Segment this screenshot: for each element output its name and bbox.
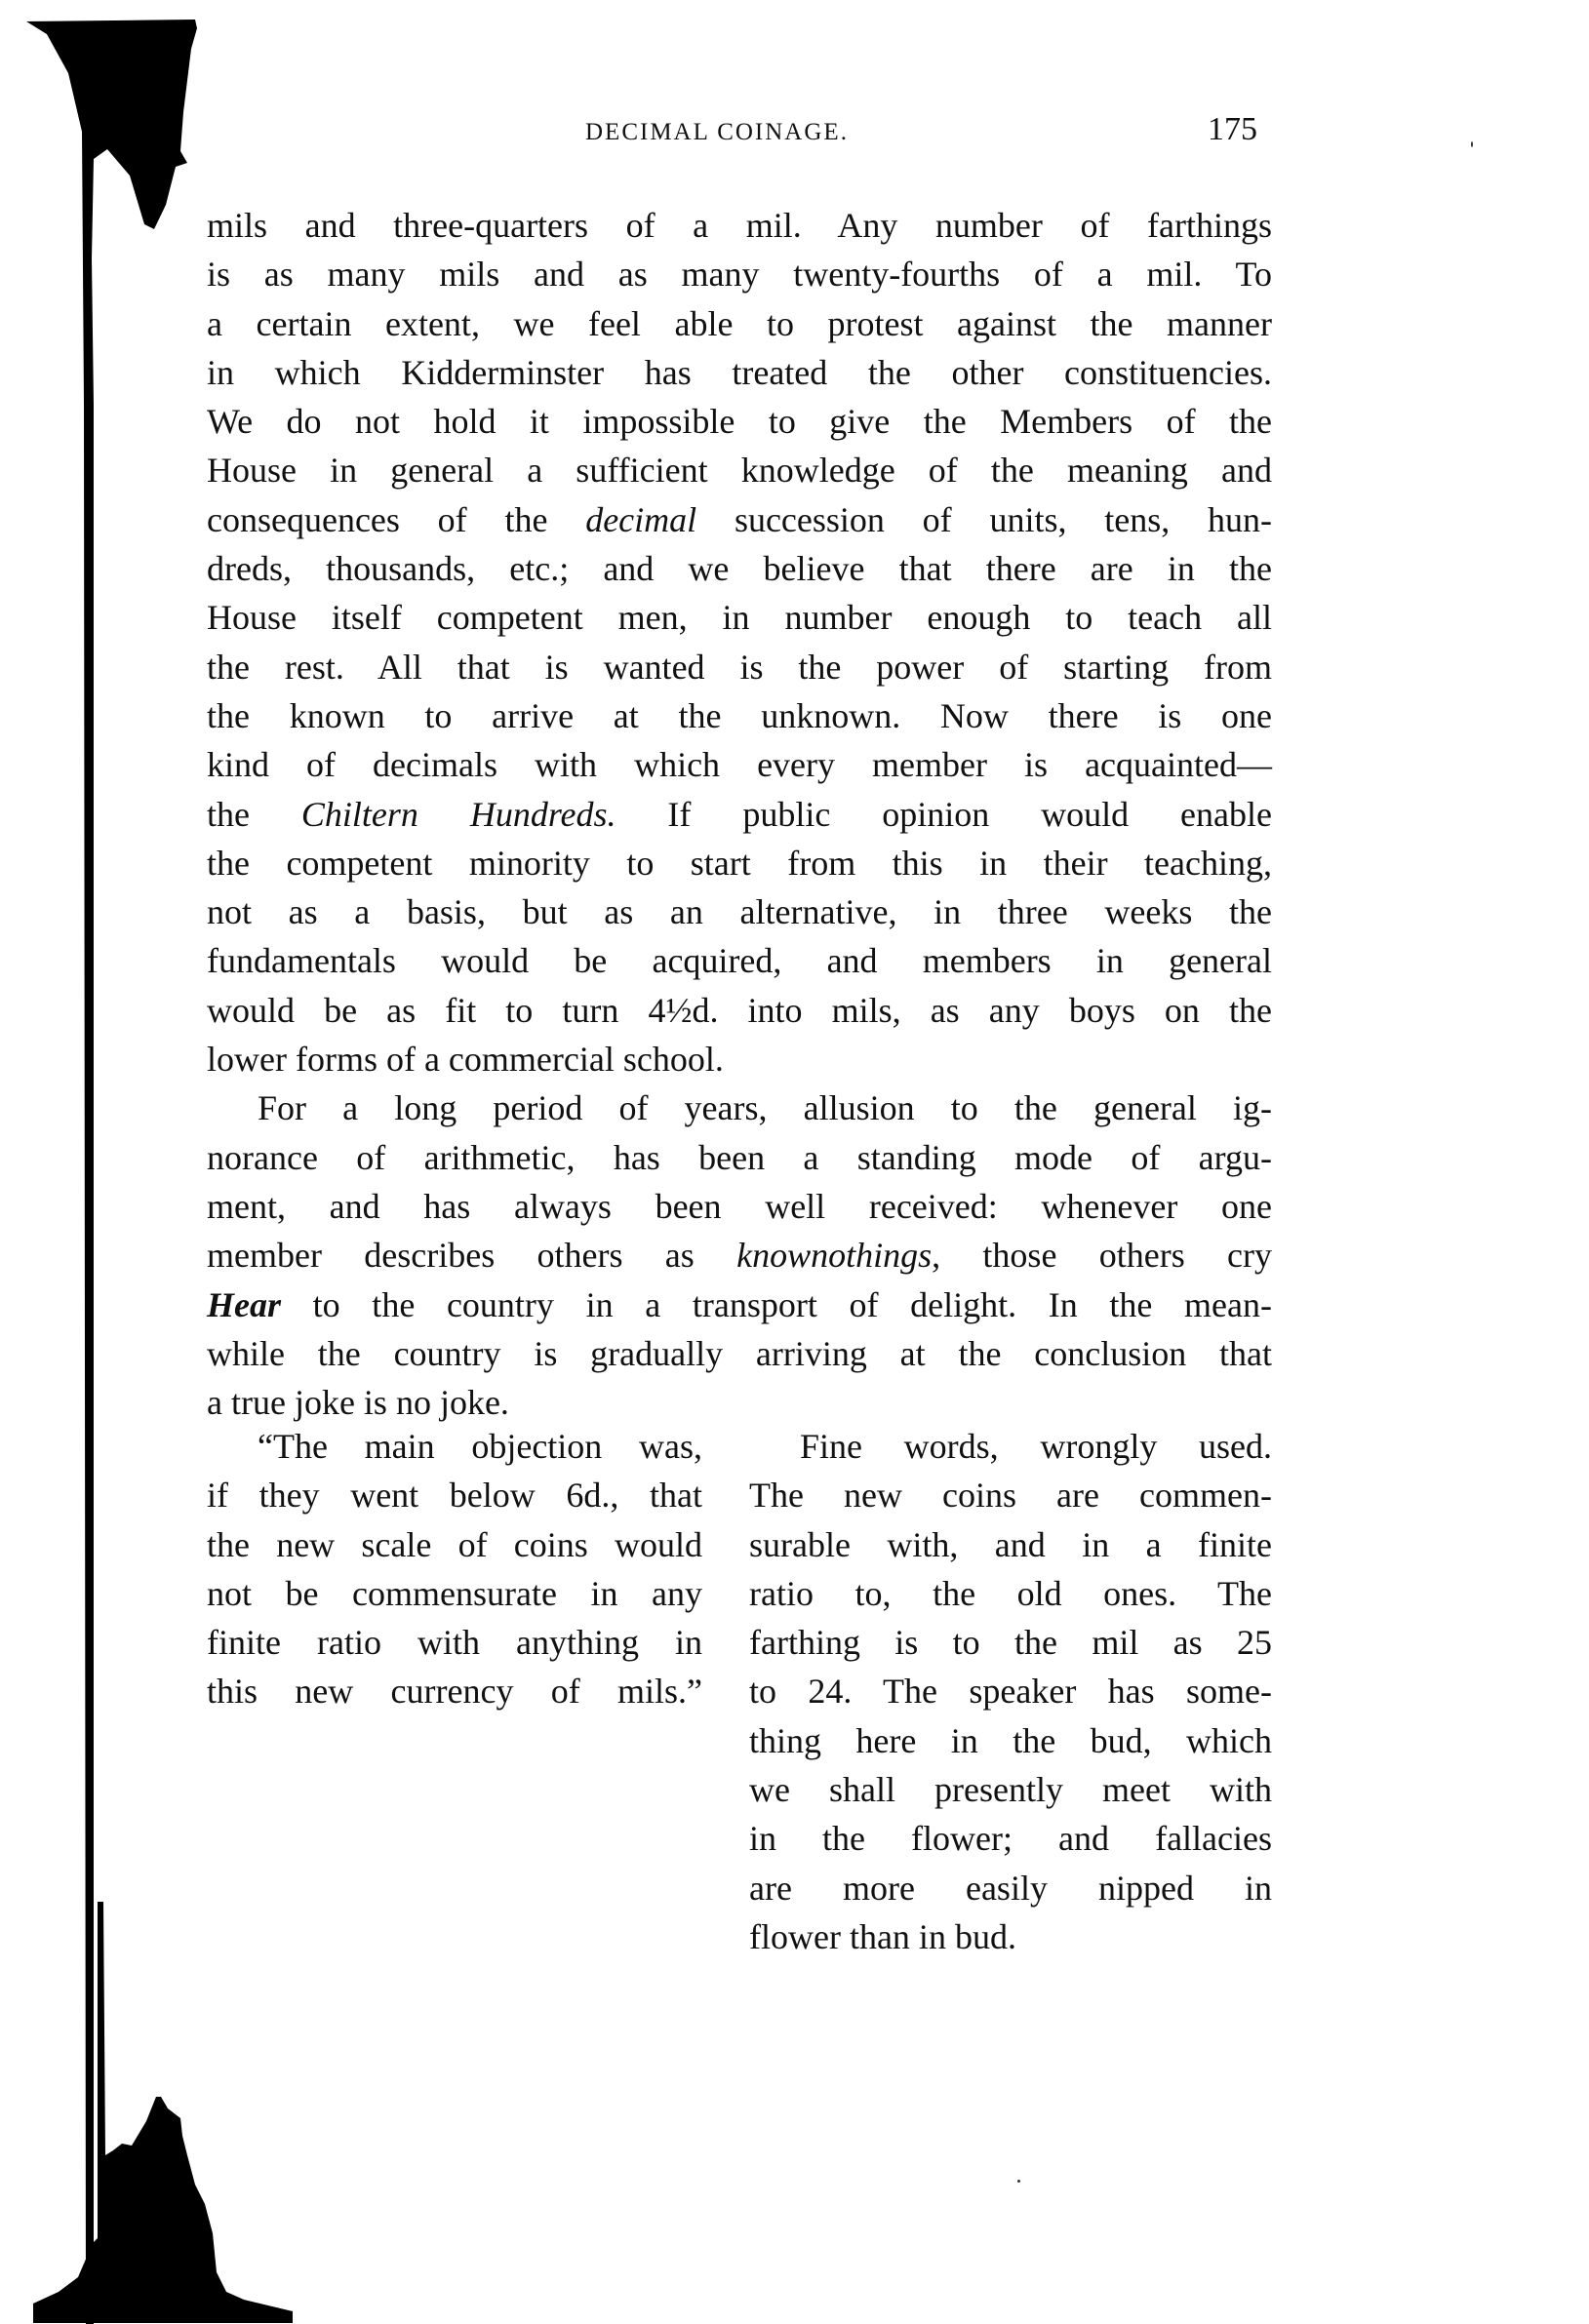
scan-speck <box>1017 2180 1020 2183</box>
running-title: DECIMAL COINAGE. <box>585 119 849 146</box>
text-line: mils and three-quarters of a mil. Any nu… <box>207 201 1272 250</box>
text-line: the rest. All that is wanted is the powe… <box>207 643 1272 691</box>
text-line: a true joke is no joke. <box>207 1378 1272 1427</box>
quote-line: this new currency of mils.” <box>207 1667 702 1715</box>
commentary-line: ratio to, the old ones. The <box>749 1569 1272 1618</box>
quote-column: “The main objection was, if they went be… <box>207 1422 702 1716</box>
text-run: to the country in a transport of delight… <box>281 1285 1272 1324</box>
text-run: If public opinion would enable <box>616 795 1273 834</box>
commentary-line: we shall presently meet with <box>749 1765 1272 1814</box>
text-line: fundamentals would be acquired, and memb… <box>207 936 1272 985</box>
emphasis-hear: Hear <box>207 1285 281 1324</box>
quote-line: if they went below 6d., that <box>207 1471 702 1519</box>
commentary-line: are more easily nipped in <box>749 1864 1272 1912</box>
emphasis-decimal: decimal <box>585 500 696 539</box>
quote-line: “The main objection was, <box>207 1422 702 1471</box>
text-run: consequences of the <box>207 500 585 539</box>
text-line: while the country is gradually arriving … <box>207 1329 1272 1378</box>
text-line: ment, and has always been well received:… <box>207 1182 1272 1231</box>
text-line: the competent minority to start from thi… <box>207 839 1272 887</box>
text-line: We do not hold it impossible to give the… <box>207 397 1272 446</box>
commentary-line: Fine words, wrongly used. <box>749 1422 1272 1471</box>
text-run: member describes others as <box>207 1236 736 1275</box>
scan-artifact-bottom-left <box>0 1902 302 2324</box>
text-line: in which Kidderminster has treated the o… <box>207 348 1272 397</box>
book-page: DECIMAL COINAGE. 175 mils and three-quar… <box>0 0 1589 2324</box>
text-line: kind of decimals with which every member… <box>207 740 1272 789</box>
text-line: consequences of the decimal succession o… <box>207 495 1272 544</box>
commentary-line: flower than in bud. <box>749 1912 1272 1961</box>
emphasis-chiltern-hundreds: Chiltern Hundreds. <box>301 795 616 834</box>
commentary-line: in the flower; and fallacies <box>749 1814 1272 1863</box>
commentary-line: surable with, and in a finite <box>749 1520 1272 1569</box>
text-line: House in general a sufficient knowledge … <box>207 446 1272 494</box>
text-line: a certain extent, we feel able to protes… <box>207 299 1272 348</box>
quote-line: not be commensurate in any <box>207 1569 702 1618</box>
text-line: not as a basis, but as an alternative, i… <box>207 887 1272 936</box>
text-run: , those others cry <box>932 1236 1272 1275</box>
quote-line: the new scale of coins would <box>207 1520 702 1569</box>
text-line: Hear to the country in a transport of de… <box>207 1280 1272 1329</box>
text-line: dreds, thousands, etc.; and we believe t… <box>207 544 1272 593</box>
text-line: the known to arrive at the unknown. Now … <box>207 691 1272 740</box>
commentary-line: thing here in the bud, which <box>749 1716 1272 1765</box>
text-line: would be as fit to turn 4½d. into mils, … <box>207 986 1272 1035</box>
commentary-line: The new coins are commen- <box>749 1471 1272 1519</box>
page-number: 175 <box>1208 111 1257 148</box>
commentary-line: to 24. The speaker has some- <box>749 1667 1272 1715</box>
text-line: member describes others as knownothings,… <box>207 1231 1272 1280</box>
emphasis-knownothings: knownothings <box>736 1236 932 1275</box>
text-line: is as many mils and as many twenty-fourt… <box>207 250 1272 298</box>
running-head: DECIMAL COINAGE. 175 <box>0 109 1589 158</box>
text-line: lower forms of a commercial school. <box>207 1035 1272 1083</box>
body-text: mils and three-quarters of a mil. Any nu… <box>207 201 1272 1427</box>
quote-line: finite ratio with anything in <box>207 1618 702 1667</box>
commentary-column: Fine words, wrongly used. The new coins … <box>749 1422 1272 1961</box>
text-run: succession of units, tens, hun- <box>696 500 1272 539</box>
commentary-line: farthing is to the mil as 25 <box>749 1618 1272 1667</box>
text-run: the <box>207 795 301 834</box>
text-line: norance of arithmetic, has been a standi… <box>207 1133 1272 1182</box>
text-line: House itself competent men, in number en… <box>207 593 1272 642</box>
paragraph-start-line: For a long period of years, allusion to … <box>207 1083 1272 1132</box>
text-line: the Chiltern Hundreds. If public opinion… <box>207 790 1272 839</box>
